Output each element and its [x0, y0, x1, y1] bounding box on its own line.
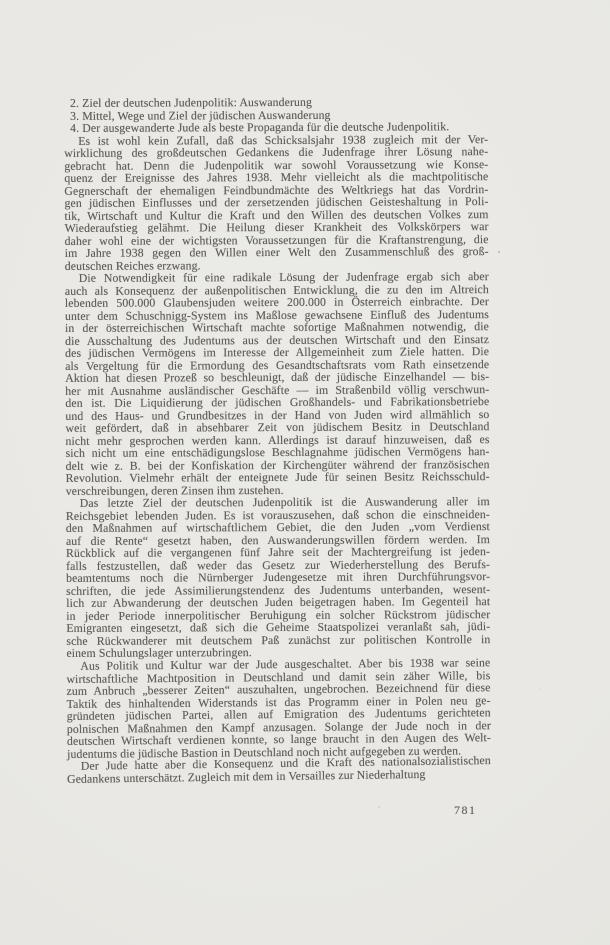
body-text: 2. Ziel der deutschen Judenpolitik: Ausw…: [64, 95, 491, 784]
paragraph: Aus Politik und Kultur war der Jude ausg…: [66, 656, 491, 760]
text-line: im Jahre 1938 gegen den Willen einer Wel…: [65, 245, 489, 259]
scan-speck: [378, 806, 380, 808]
scanned-book-page: 2. Ziel der deutschen Judenpolitik: Ausw…: [0, 0, 610, 945]
scan-speck: [498, 251, 500, 253]
paragraph: Es ist wohl kein Zufall, daß das Schicks…: [64, 133, 489, 272]
paragraph: Die Notwendigkeit für eine radikale Lösu…: [65, 270, 490, 497]
paragraph: Der Jude hatte aber die Konsequenz und d…: [67, 753, 491, 784]
paragraph: Das letzte Ziel der deutschen Judenpolit…: [66, 495, 491, 659]
scan-speck: [540, 688, 541, 689]
page-number: 781: [454, 803, 477, 818]
